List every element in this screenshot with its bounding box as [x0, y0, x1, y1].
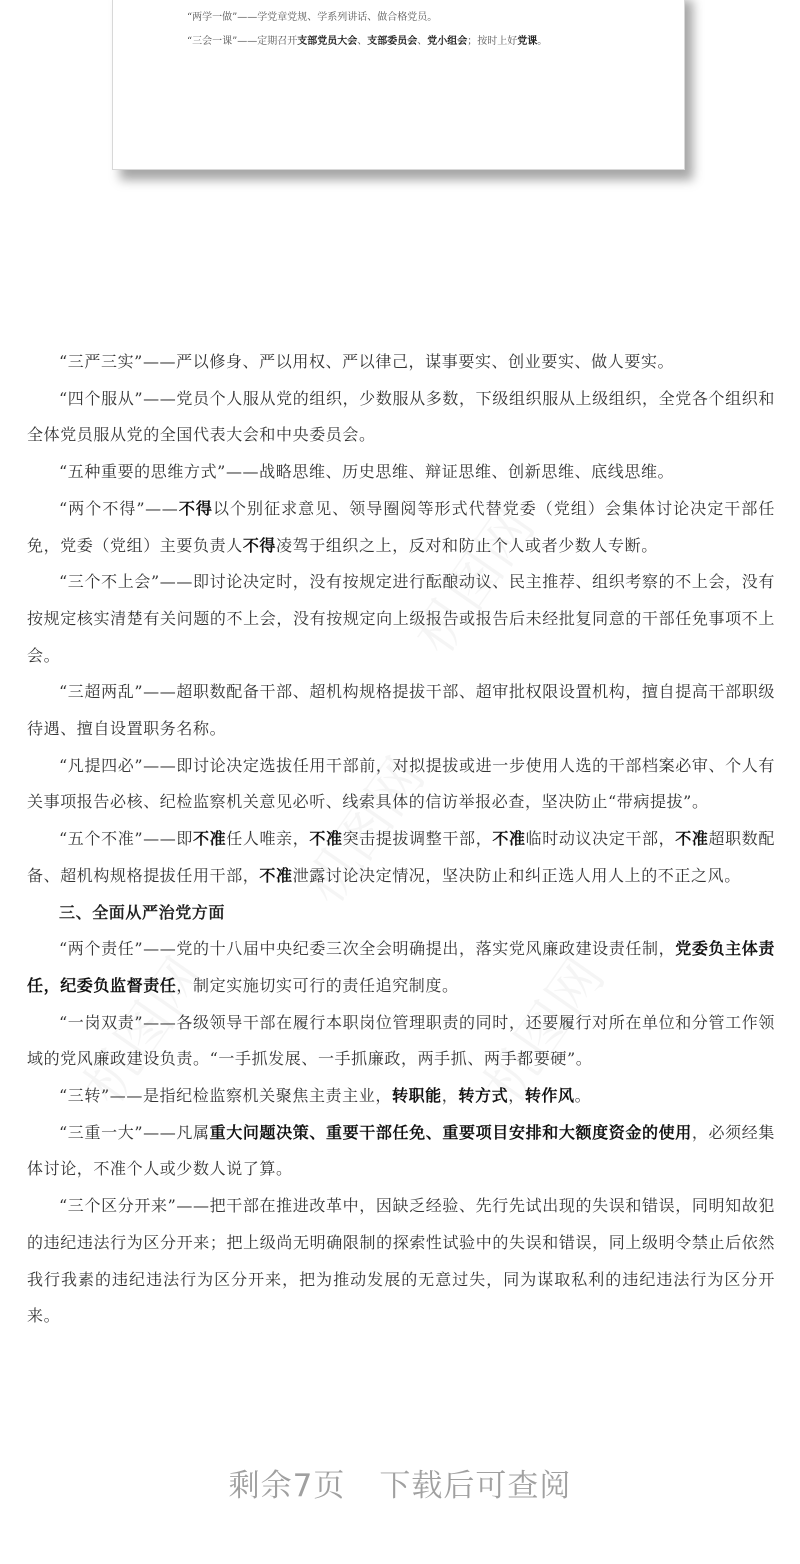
bold-text: 不准	[259, 866, 292, 885]
definition-text: ；按时上好	[467, 36, 517, 47]
text: “一岗双责”——各级领导干部在履行本职岗位管理职责的同时，还要履行对所在单位和分…	[27, 1013, 775, 1069]
paragraph-group-1: “三严三实”——严以修身、严以用权、严以律己，谋事要实、创业要实、做人要实。“四…	[27, 344, 775, 895]
bold-text: 支部委员会	[367, 36, 417, 47]
document-preview-card: “两学一做”——学党章党规、学系列讲话、做合格党员。 “三会一课”——定期召开支…	[112, 0, 685, 170]
bold-text: 不准	[492, 829, 525, 848]
bold-text: 不准	[193, 829, 226, 848]
bold-text: 不准	[675, 829, 708, 848]
text: “三转”——是指纪检监察机关聚焦主责主业，	[59, 1086, 392, 1105]
bold-text: 党课	[517, 36, 537, 47]
text: 突击提拔调整干部，	[343, 829, 493, 848]
text: “三个区分开来”——把干部在推进改革中，因缺乏经验、先行先试出现的失误和错误，同…	[27, 1196, 775, 1325]
term-label: “两学一做”	[187, 12, 237, 23]
text: “三个不上会”——即讨论决定时，没有按规定进行酝酿动议、民主推荐、组织考察的不上…	[27, 572, 775, 664]
paragraph-fanti_sibi: “凡提四必”——即讨论决定选拔任用干部前，对拟提拔或进一步使用人选的干部档案必审…	[27, 748, 775, 821]
text: “两个责任”——党的十八届中央纪委三次全会明确提出，落实党风廉政建设责任制，	[59, 939, 675, 958]
paragraph-group-2: “两个责任”——党的十八届中央纪委三次全会明确提出，落实党风廉政建设责任制，党委…	[27, 931, 775, 1335]
section-heading: 三、全面从严治党方面	[27, 895, 775, 932]
bold-text: 支部党员大会	[297, 36, 357, 47]
paragraph-sange_qufen: “三个区分开来”——把干部在推进改革中，因缺乏经验、先行先试出现的失误和错误，同…	[27, 1188, 775, 1335]
definition-text: 学党章党规、学系列讲话、做合格党员。	[257, 12, 437, 23]
bold-text: 不准	[309, 829, 342, 848]
remaining-pages-label: 剩余7页	[229, 1460, 346, 1505]
paragraph-liangge_zeren: “两个责任”——党的十八届中央纪委三次全会明确提出，落实党风廉政建设责任制，党委…	[27, 931, 775, 1004]
text: “五种重要的思维方式”——战略思维、历史思维、辩证思维、创新思维、底线思维。	[59, 462, 674, 481]
text: ，	[508, 1086, 525, 1105]
text: 泄露讨论决定情况，坚决防止和纠正选人用人上的不正之风。	[293, 866, 741, 885]
card-line-liangxue-yizuo: “两学一做”——学党章党规、学系列讲话、做合格党员。	[187, 8, 437, 23]
definition-text: 。	[537, 36, 547, 47]
paragraph-liangge_bude: “两个不得”——不得以个别征求意见、领导圈阅等形式代替党委（党组）会集体讨论决定…	[27, 491, 775, 564]
bold-text: 转作风	[525, 1086, 575, 1105]
paragraph-sanchao_liangluan: “三超两乱”——超职数配备干部、超机构规格提拔干部、超审批权限设置机构，擅自提高…	[27, 674, 775, 747]
paragraph-sange_bushanghui: “三个不上会”——即讨论决定时，没有按规定进行酝酿动议、民主推荐、组织考察的不上…	[27, 564, 775, 674]
bold-text: 党小组会	[427, 36, 467, 47]
dash: ——	[237, 36, 257, 47]
paragraph-yigang_shuangze: “一岗双责”——各级领导干部在履行本职岗位管理职责的同时，还要履行对所在单位和分…	[27, 1005, 775, 1078]
paragraph-sanyan: “三严三实”——严以修身、严以用权、严以律己，谋事要实、创业要实、做人要实。	[27, 344, 775, 381]
text: “五个不准”——即	[59, 829, 193, 848]
bold-text: 转职能	[392, 1086, 442, 1105]
paragraph-sanzhong_yida: “三重一大”——凡属重大问题决策、重要干部任免、重要项目安排和大额度资金的使用，…	[27, 1115, 775, 1188]
card-line-sanhui-yike: “三会一课”——定期召开支部党员大会、支部委员会、党小组会；按时上好党课。	[187, 32, 547, 47]
definition-text: 定期召开	[257, 36, 297, 47]
text: 临时动议决定干部，	[526, 829, 676, 848]
bold-text: 不得	[178, 499, 213, 518]
text: “凡提四必”——即讨论决定选拔任用干部前，对拟提拔或进一步使用人选的干部档案必审…	[27, 756, 775, 812]
text: 。	[575, 1086, 592, 1105]
text: ，	[442, 1086, 459, 1105]
paragraph-sige_fucong: “四个服从”——党员个人服从党的组织，少数服从多数，下级组织服从上级组织，全党各…	[27, 381, 775, 454]
bold-text: 重大问题决策、重要干部任免、重要项目安排和大额度资金的使用	[210, 1123, 692, 1142]
paragraph-wuzhong_siwei: “五种重要的思维方式”——战略思维、历史思维、辩证思维、创新思维、底线思维。	[27, 454, 775, 491]
text: ，制定实施切实可行的责任追究制度。	[176, 976, 458, 995]
paragraph-wuge_buzhun: “五个不准”——即不准任人唯亲，不准突击提拔调整干部，不准临时动议决定干部，不准…	[27, 821, 775, 894]
text: 凌驾于组织之上，反对和防止个人或者少数人专断。	[276, 536, 658, 555]
text: “三重一大”——凡属	[59, 1123, 210, 1142]
term-label: “三会一课”	[187, 36, 237, 47]
document-body: “三严三实”——严以修身、严以用权、严以律己，谋事要实、创业要实、做人要实。“四…	[27, 344, 775, 1335]
dash: ——	[237, 12, 257, 23]
separator: 、	[417, 36, 427, 47]
separator: 、	[357, 36, 367, 47]
text: “三超两乱”——超职数配备干部、超机构规格提拔干部、超审批权限设置机构，擅自提高…	[27, 682, 775, 738]
bold-text: 转方式	[458, 1086, 508, 1105]
remaining-pages-notice[interactable]: 剩余7页下载后可查阅	[0, 1460, 800, 1505]
text: “两个不得”——	[59, 499, 178, 518]
text: “三严三实”——严以修身、严以用权、严以律己，谋事要实、创业要实、做人要实。	[59, 352, 674, 371]
text: 任人唯亲，	[226, 829, 309, 848]
download-hint-label: 下载后可查阅	[379, 1460, 571, 1505]
text: “四个服从”——党员个人服从党的组织，少数服从多数，下级组织服从上级组织，全党各…	[27, 389, 775, 445]
bold-text: 不得	[243, 536, 276, 555]
paragraph-sanzhuan: “三转”——是指纪检监察机关聚焦主责主业，转职能，转方式，转作风。	[27, 1078, 775, 1115]
